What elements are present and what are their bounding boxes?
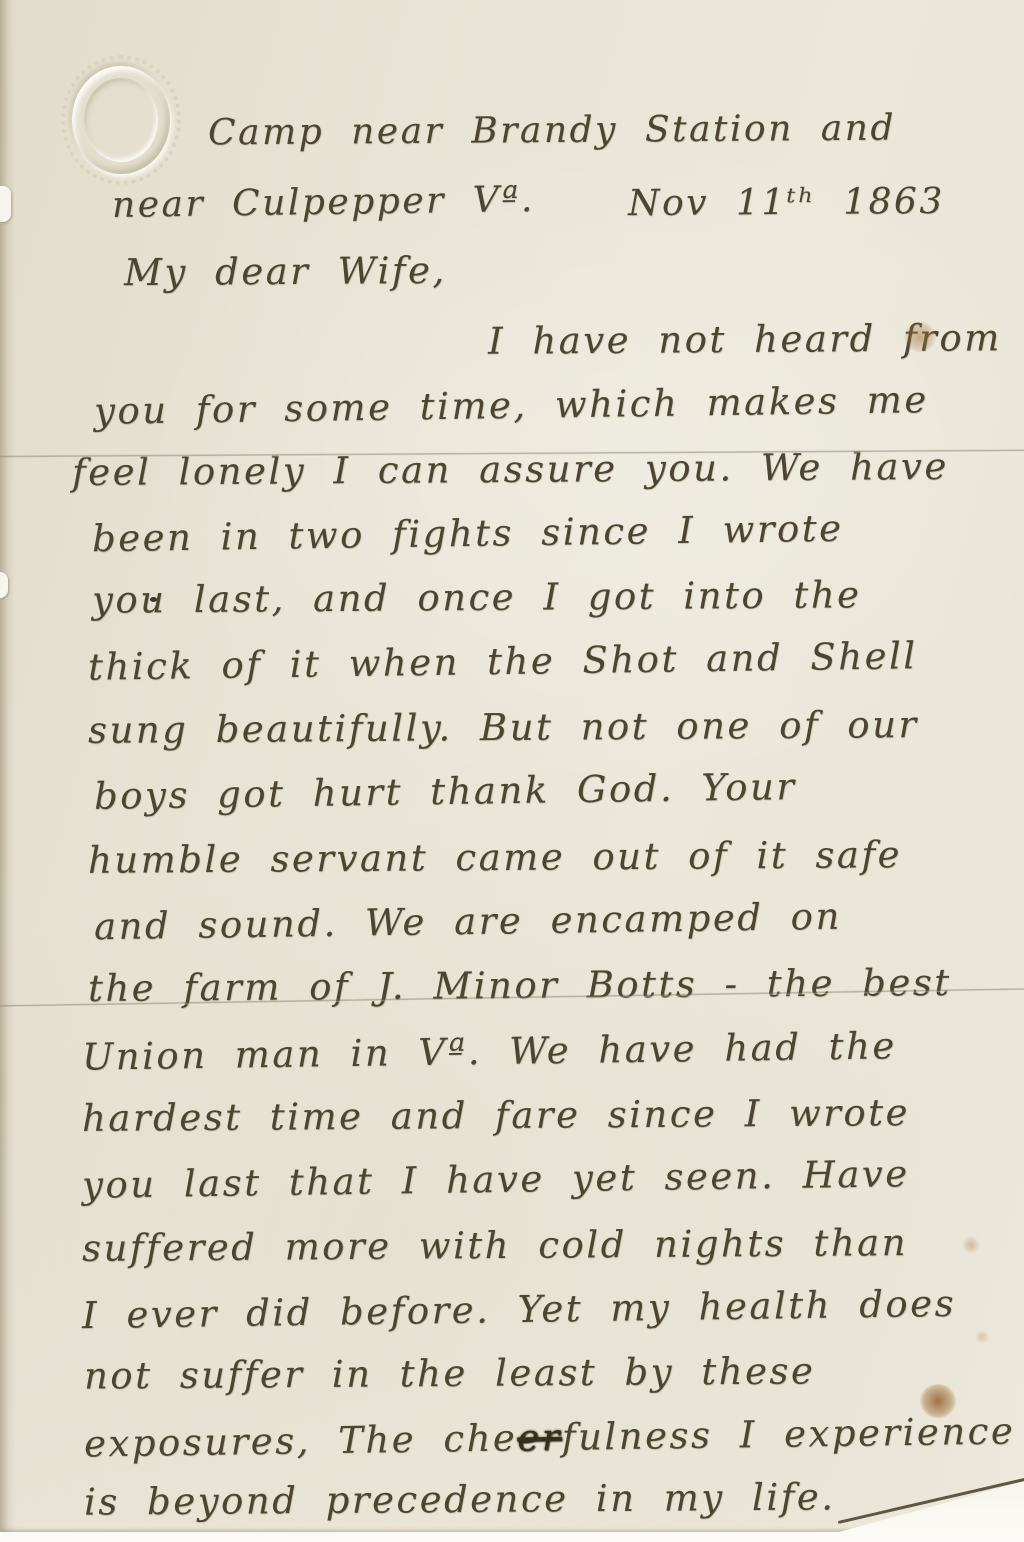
letter-line: you for some time, which makes me — [94, 378, 929, 433]
letter-line: is beyond precedence in my life. — [84, 1475, 836, 1523]
seal-inner-circle — [84, 78, 158, 162]
torn-left-edge — [0, 0, 15, 1542]
letter-line: not suffer in the least by these — [84, 1349, 816, 1397]
letter-line: thick of it when the Shot and Shell — [88, 634, 918, 689]
letter-line: humble servant came out of it safe — [88, 833, 902, 882]
scratched-out-word: er — [517, 1416, 562, 1460]
letter-line-corrected: exposures, The cheerfulness I experience — [84, 1410, 1016, 1466]
foxing-stain — [962, 1236, 980, 1254]
letter-line: and sound. We are encamped on — [94, 895, 842, 948]
foxing-stain — [975, 1330, 989, 1344]
salutation: My dear Wife, — [124, 249, 447, 294]
foxing-stain — [904, 322, 936, 352]
letter-line: sung beautifully. But not one of our — [88, 703, 919, 752]
letter-line: hardest time and fare since I wrote — [82, 1091, 910, 1140]
lifted-corner — [832, 1474, 1024, 1534]
foxing-stain — [920, 1384, 956, 1418]
edge-notch — [0, 186, 11, 222]
letter-line: boys got hurt thank God. Your — [94, 765, 797, 818]
heading-place: near Culpepper Vª. — [112, 179, 535, 226]
corrected-post: fulness I experience — [562, 1410, 1016, 1459]
letter-line: I ever did before. Yet my health does — [82, 1282, 957, 1337]
letter-line: Union man in Vª. We have had the — [82, 1024, 897, 1078]
heading-date: Nov 11ᵗʰ 1863 — [628, 181, 945, 224]
letter-line: been in two fights since I wrote — [92, 507, 844, 560]
heading-line-1: Camp near Brandy Station and — [208, 108, 896, 154]
letter-line: you last that I have yet seen. Have — [82, 1152, 910, 1207]
letter-line: suffered more with cold nights than — [82, 1221, 908, 1270]
letter-line: you last, and once I got into the — [92, 573, 862, 621]
embossed-seal-icon — [60, 54, 182, 186]
ink-speck — [150, 597, 157, 602]
corrected-pre: exposures, The che — [84, 1416, 518, 1465]
edge-notch — [0, 572, 8, 598]
letter-page: Camp near Brandy Station and near Culpep… — [0, 0, 1024, 1542]
